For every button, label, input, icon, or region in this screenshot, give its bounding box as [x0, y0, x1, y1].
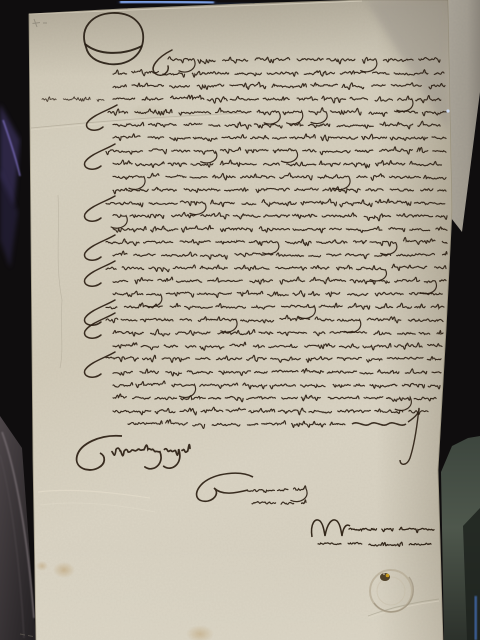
- museum-photo: [0, 0, 480, 640]
- glass-panel-lower-right: [441, 436, 480, 640]
- stain: [36, 561, 48, 571]
- stain: [53, 562, 75, 578]
- letter-photo: [0, 0, 480, 640]
- edge-glint: [446, 109, 449, 112]
- blue-glare-core: [120, 2, 214, 3]
- wax-fleck-highlight: [383, 573, 385, 575]
- blue-edge-line: [475, 596, 478, 640]
- wax-fleck-gold: [386, 574, 390, 578]
